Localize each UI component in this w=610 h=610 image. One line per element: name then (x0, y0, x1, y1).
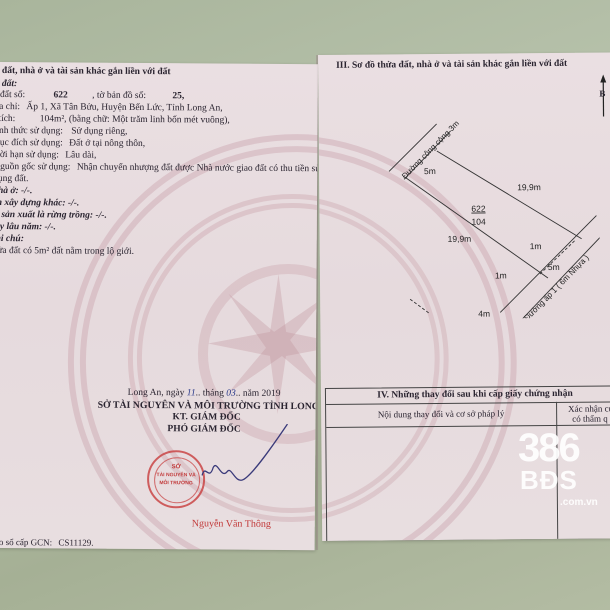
issue-year: 2019 (262, 389, 281, 399)
north-label: B (599, 88, 605, 99)
note-text: Thửa đất có 5m² đất nằm trong lộ giới. (0, 246, 134, 258)
left-section-heading: đất, nhà ở và tài sản khác gắn liền với … (2, 66, 171, 78)
field-usage-form: Hình thức sử dụng: Sử dụng riêng, (0, 126, 127, 138)
parcel-diagram: 5m 19,9m 622 104 19,9m 1m 5m 1m 4m Đường… (369, 118, 601, 320)
notes-label: Ghi chú: (0, 234, 24, 245)
signer-name: Nguyễn Văn Thông (192, 518, 271, 530)
field-origin-continued: dụng đất. (0, 174, 29, 185)
parcel-number: 622 (53, 90, 67, 100)
long-side-top-label: 19,9m (517, 182, 541, 192)
kt-director-title: KT. GIÁM ĐỐC (172, 412, 240, 423)
field-address: Địa chỉ: Ấp 1, Xã Tân Bửu, Huyện Bến Lức… (0, 102, 223, 115)
field-usage-term: Thời hạn sử dụng: Lâu dài, (0, 150, 96, 162)
long-side-bottom-label: 19,9m (448, 234, 472, 244)
watermark-brand: BĐS (520, 466, 578, 494)
parcel-number-label: 622 (471, 204, 486, 214)
column-confirm-line2: có thẩm q (572, 413, 608, 424)
road-offset-label: 4m (478, 309, 490, 319)
changes-table-title: IV. Những thay đổi sau khi cấp giấy chứn… (326, 388, 610, 401)
issuing-authority: SỞ TÀI NGUYÊN VÀ MÔI TRƯỜNG TỈNH LONG AN (98, 400, 318, 413)
top-width-label: 5m (424, 166, 436, 176)
left-page: đất, nhà ở và tài sản khác gắn liền với … (0, 62, 318, 550)
map-sheet-number: 25, (172, 91, 184, 101)
parcel-area-label: 104 (471, 217, 486, 227)
house-line: Nhà ở: -/-. (0, 186, 32, 197)
land-subheading: đất: (2, 79, 17, 90)
column-change-content: Nội dung thay đổi và cơ sở pháp lý (326, 408, 556, 421)
bottom-width-label: 5m (548, 262, 560, 272)
field-parcel: Thửa đất số: 622 , tờ bản đồ số: 25, (0, 90, 184, 102)
setback-top-label: 1m (530, 241, 542, 251)
perennial-trees-line: Cây lâu năm: -/-. (0, 222, 56, 233)
field-origin: Nguồn gốc sử dụng: Nhận chuyển nhượng đấ… (0, 162, 318, 175)
production-forest-line: Rừng sản xuất là rừng trồng: -/-. (0, 210, 107, 222)
other-construction-line: Công trình xây dựng khác: -/-. (0, 198, 79, 210)
watermark-domain: .com.vn (560, 497, 598, 509)
registry-value: CS11129. (58, 537, 93, 547)
issue-date: Long An, ngày 11.. tháng 03.. năm 2019 (128, 388, 281, 400)
issue-month: 03 (226, 389, 236, 399)
registry-number: Số vào sổ cấp GCN: CS11129. (0, 537, 94, 549)
signature-icon (187, 423, 297, 494)
diagram-section-heading: III. Sơ đồ thửa đất, nhà ở và tài sản kh… (336, 59, 567, 72)
issue-day: 11 (187, 388, 196, 398)
field-usage-purpose: Mục đích sử dụng: Đất ở tại nông thôn, (0, 138, 145, 150)
field-area: Diện tích: 104m², (bằng chữ: Một trăm li… (0, 114, 230, 127)
setback-bottom-label: 1m (495, 270, 507, 280)
watermark-number: 386 (518, 428, 579, 468)
